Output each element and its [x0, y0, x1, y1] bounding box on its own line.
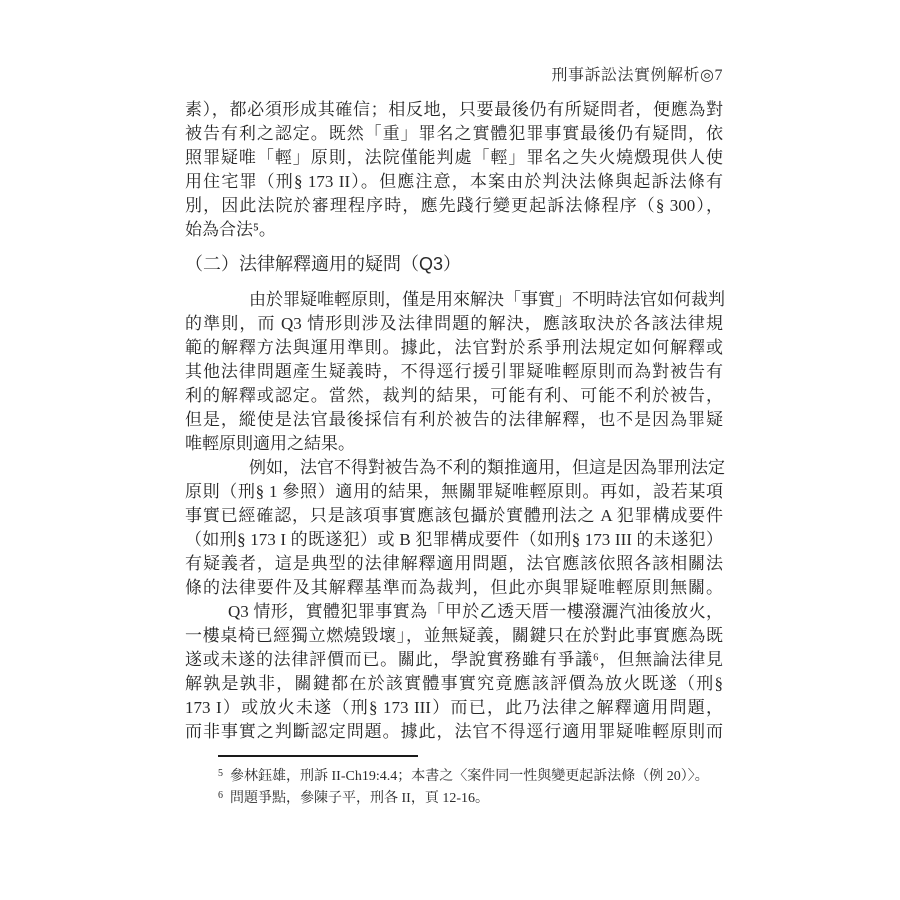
text-line: 例如，法官不得對被告為不利的類推適用，但這是因為罪刑法定 — [185, 456, 723, 480]
header-book-title: 刑事訴訟法實例解析 — [552, 67, 701, 84]
book-page: 刑事訴訟法實例解析◎7 素），都必須形成其確信；相反地，只要最後仍有所疑問者，便… — [0, 0, 900, 900]
text-line: 事實已經確認，只是該項事實應該包攝於實體刑法之 A 犯罪構成要件 — [185, 504, 723, 528]
text-line: 解孰是孰非，關鍵都在於該實體事實究竟應該評價為放火既遂（刑§ — [185, 672, 723, 696]
text-line: 的準則，而 Q3 情形則涉及法律問題的解決，應該取決於各該法律規 — [185, 312, 723, 336]
text-line: Q3 情形，實體犯罪事實為「甲於乙透天厝一樓潑灑汽油後放火， — [185, 600, 723, 624]
text-line: 別，因此法院於審理程序時，應先踐行變更起訴法條程序（§ 300）， — [185, 194, 723, 218]
text-line: （如刑§ 173 I 的既遂犯）或 B 犯罪構成要件（如刑§ 173 III 的… — [185, 528, 723, 552]
footnote: 6 問題爭點，參陳子平，刑各 II，頁 12-16。 — [218, 788, 738, 810]
text-line: 一樓桌椅已經獨立燃燒毀壞」，並無疑義，關鍵只在於對此事實應為既 — [185, 624, 723, 648]
section-heading: （二）法律解釋適用的疑問（Q3） — [185, 252, 723, 276]
text-line: 素），都必須形成其確信；相反地，只要最後仍有所疑問者，便應為對 — [185, 98, 723, 122]
footnote-marker: 6 — [218, 791, 223, 801]
text-line: 被告有利之認定。既然「重」罪名之實體犯罪事實最後仍有疑問，依 — [185, 122, 723, 146]
header-ornament-icon: ◎ — [700, 67, 714, 84]
text-line: 始為合法⁵。 — [185, 218, 723, 242]
text-line: 而非事實之判斷認定問題。據此，法官不得逕行適用罪疑唯輕原則而 — [185, 720, 723, 744]
text-line: 照罪疑唯「輕」原則，法院僅能判處「輕」罪名之失火燒燬現供人使 — [185, 146, 723, 170]
page-number: 7 — [715, 67, 724, 84]
text-line: 原則（刑§ 1 參照）適用的結果，無關罪疑唯輕原則。再如，設若某項 — [185, 480, 723, 504]
footnote-area: 5 參林鈺雄，刑訴 II-Ch19:4.4；本書之〈案件同一性與變更起訴法條（例… — [218, 755, 738, 810]
footnote-text: 問題爭點，參陳子平，刑各 II，頁 12-16。 — [230, 788, 738, 810]
text-line: 其他法律問題產生疑義時，不得逕行援引罪疑唯輕原則而為對被告有 — [185, 360, 723, 384]
text-line: 由於罪疑唯輕原則，僅是用來解決「事實」不明時法官如何裁判 — [185, 288, 723, 312]
text-line: 有疑義者，這是典型的法律解釋適用問題，法官應該依照各該相關法 — [185, 552, 723, 576]
footnote-marker: 5 — [218, 769, 223, 779]
footnote-text: 參林鈺雄，刑訴 II-Ch19:4.4；本書之〈案件同一性與變更起訴法條（例 2… — [230, 766, 738, 788]
text-line: 但是，縱使是法官最後採信有利於被告的法律解釋，也不是因為罪疑 — [185, 408, 723, 432]
footnote-separator — [218, 755, 418, 757]
main-text: 素），都必須形成其確信；相反地，只要最後仍有所疑問者，便應為對 被告有利之認定。… — [185, 98, 723, 744]
text-line: 用住宅罪（刑§ 173 II）。但應注意，本案由於判決法條與起訴法條有 — [185, 170, 723, 194]
text-line: 唯輕原則適用之結果。 — [185, 432, 723, 456]
text-line: 173 I）或放火未遂（刑§ 173 III）而已，此乃法律之解釋適用問題， — [185, 696, 723, 720]
text-line: 遂或未遂的法律評價而已。關此，學說實務雖有爭議⁶，但無論法律見 — [185, 648, 723, 672]
footnote: 5 參林鈺雄，刑訴 II-Ch19:4.4；本書之〈案件同一性與變更起訴法條（例… — [218, 766, 738, 788]
text-line: 條的法律要件及其解釋基準而為裁判，但此亦與罪疑唯輕原則無關。 — [185, 576, 723, 600]
text-line: 利的解釋或認定。當然，裁判的結果，可能有利、可能不利於被告， — [185, 384, 723, 408]
text-line: 範的解釋方法與運用準則。據此，法官對於系爭刑法規定如何解釋或 — [185, 336, 723, 360]
page-header: 刑事訴訟法實例解析◎7 — [185, 62, 723, 85]
